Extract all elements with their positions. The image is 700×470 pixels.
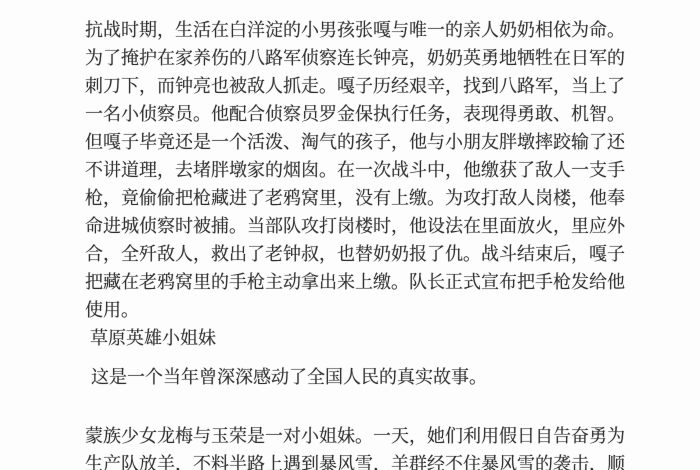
text-line: 抗战时期，生活在白洋淀的小男孩张嘎与唯一的亲人奶奶相依为命。	[85, 16, 625, 44]
text-line: 刺刀下，而钟亮也被敌人抓走。嘎子历经艰辛，找到八路军，当上了	[85, 72, 625, 100]
paragraph-caoyuan-synopsis: 蒙族少女龙梅与玉荣是一对小姐妹。一天，她们利用假日自告奋勇为生产队放羊，不料半路…	[85, 422, 625, 470]
intro-sentence: 这是一个当年曾深深感动了全国人民的真实故事。	[91, 363, 487, 391]
text-line: 一名小侦察员。他配合侦察员罗金保执行任务，表现得勇敢、机智。	[85, 100, 625, 128]
text-line: 合，全歼敌人，救出了老钟叔，也替奶奶报了仇。战斗结束后，嘎子	[85, 240, 625, 268]
text-line: 生产队放羊，不料半路上遇到暴风雪，羊群经不住暴风雪的袭击，顺	[85, 450, 625, 470]
text-line: 命进城侦察时被捕。当部队攻打岗楼时，他设法在里面放火，里应外	[85, 212, 625, 240]
text-line: 为了掩护在家养伤的八路军侦察连长钟亮，奶奶英勇地牺牲在日军的	[85, 44, 625, 72]
paragraph-zhangga-synopsis: 抗战时期，生活在白洋淀的小男孩张嘎与唯一的亲人奶奶相依为命。为了掩护在家养伤的八…	[85, 16, 625, 324]
text-line: 蒙族少女龙梅与玉荣是一对小姐妹。一天，她们利用假日自告奋勇为	[85, 422, 625, 450]
text-line: 但嘎子毕竟还是一个活泼、淘气的孩子，他与小朋友胖墩摔跤输了还	[85, 128, 625, 156]
section-title: 草原英雄小姐妹	[90, 324, 216, 352]
text-line: 枪，竟偷偷把枪藏进了老鸦窝里，没有上缴。为攻打敌人岗楼，他奉	[85, 184, 625, 212]
scanned-document-page: 抗战时期，生活在白洋淀的小男孩张嘎与唯一的亲人奶奶相依为命。为了掩护在家养伤的八…	[0, 0, 700, 470]
text-line: 使用。	[85, 296, 625, 324]
text-line: 把藏在老鸦窝里的手枪主动拿出来上缴。队长正式宣布把手枪发给他	[85, 268, 625, 296]
text-line: 不讲道理，去堵胖墩家的烟囱。在一次战斗中，他缴获了敌人一支手	[85, 156, 625, 184]
